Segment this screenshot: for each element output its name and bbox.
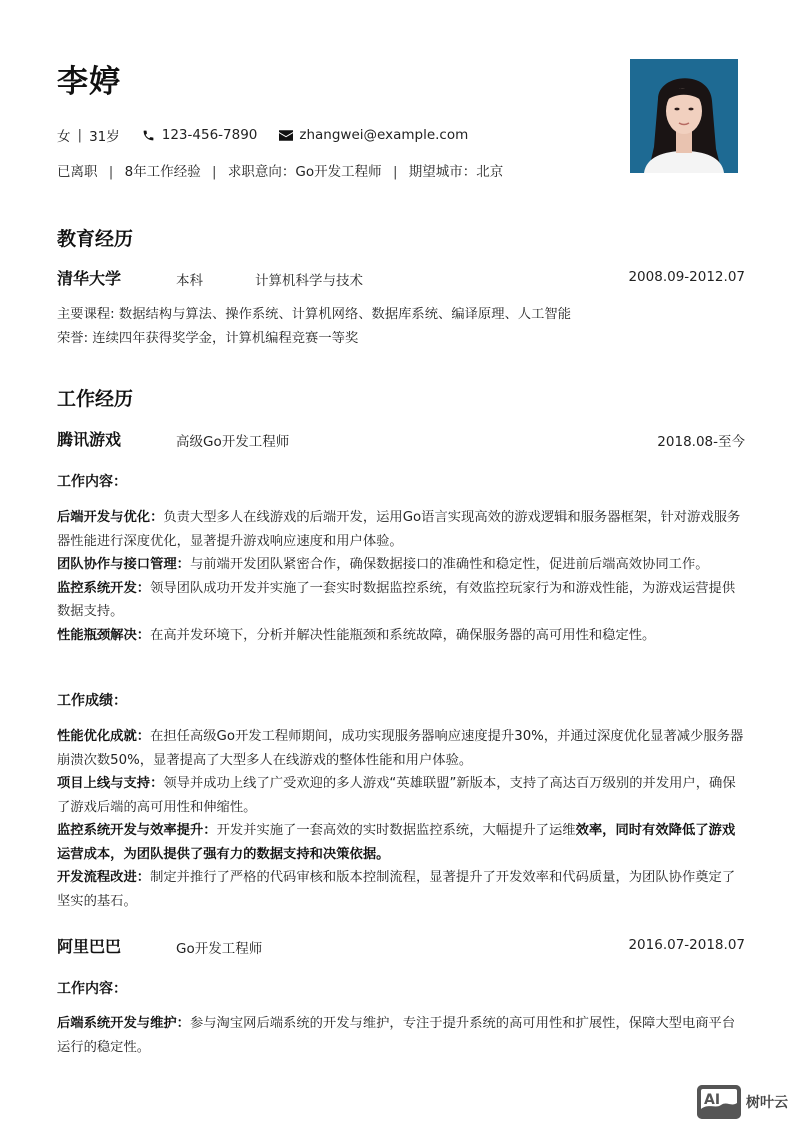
company-name: 阿里巴巴 [57,934,121,957]
education-date: 2008.09-2012.07 [628,269,745,285]
achievement-item: 项目上线与支持：领导并成功上线了广受欢迎的多人游戏“英雄联盟”新版本，支持了高达… [57,772,747,819]
courses: 主要课程: 数据结构与算法、操作系统、计算机网络、数据库系统、编译原理、人工智能 [57,303,747,327]
job-position: Go开发工程师 [176,937,262,957]
work-content-item: 性能瓶颈解决：在高并发环境下，分析并解决性能瓶颈和系统故障，确保服务器的高可用性… [57,624,747,648]
separator: | [78,127,83,143]
work-content-item: 后端系统开发与维护：参与淘宝网后端系统的开发与维护，专注于提升系统的高可用性和扩… [57,1012,747,1059]
education-entry: 清华大学 本科 计算机科学与技术 2008.09-2012.07 [57,266,745,290]
job-position: 高级Go开发工程师 [176,430,289,450]
achievements-title: 工作成绩： [57,690,127,710]
watermark: AI 树叶云 [697,1085,788,1119]
envelope-icon [279,128,293,142]
ai-image-logo-icon: AI [697,1085,741,1119]
achievement-item: 开发流程改进：制定并推行了严格的代码审核和版本控制流程，显著提升了开发效率和代码… [57,866,747,913]
education-section-title: 教育经历 [57,224,133,251]
phone-number: 123-456-7890 [162,127,258,143]
gender: 女 [57,125,71,145]
work-content-item: 监控系统开发：领导团队成功开发并实施了一套实时数据监控系统，有效监控玩家行为和游… [57,577,747,624]
watermark-brand: 树叶云 [746,1092,788,1112]
job-entry-alibaba: 阿里巴巴 Go开发工程师 2016.07-2018.07 [57,934,745,958]
email-address: zhangwei@example.com [299,127,468,143]
work-content-title: 工作内容： [57,471,127,491]
achievements-list: 性能优化成就：在担任高级Go开发工程师期间，成功实现服务器响应速度提升30%，并… [57,725,747,913]
honors: 荣誉: 连续四年获得奖学金，计算机编程竞赛一等奖 [57,327,747,351]
work-section-title: 工作经历 [57,384,133,411]
phone-icon [142,128,156,142]
contact-row: 女 | 31岁 123-456-7890 zhangwei@example.co… [57,125,468,145]
expected-city: 期望城市：北京 [409,164,504,180]
work-content-title: 工作内容： [57,978,127,998]
age: 31岁 [89,125,120,145]
work-content-list: 后端系统开发与维护：参与淘宝网后端系统的开发与维护，专注于提升系统的高可用性和扩… [57,1012,747,1059]
job-intention: 求职意向：Go开发工程师 [228,164,382,180]
education-details: 主要课程: 数据结构与算法、操作系统、计算机网络、数据库系统、编译原理、人工智能… [57,303,747,350]
degree: 本科 [176,269,203,289]
svg-text:AI: AI [704,1092,720,1108]
job-date: 2018.08-至今 [657,430,745,450]
resume-page: 李婷 女 | 31岁 123-456-7890 zhangwei@example… [0,0,800,1132]
work-content-list: 后端开发与优化：负责大型多人在线游戏的后端开发，运用Go语言实现高效的游戏逻辑和… [57,506,747,647]
candidate-name: 李婷 [57,56,121,101]
company-name: 腾讯游戏 [57,427,121,450]
work-content-item: 团队协作与接口管理：与前端开发团队紧密合作，确保数据接口的准确性和稳定性，促进前… [57,553,747,577]
experience-years: 8年工作经验 [125,164,201,180]
job-info-row: 已离职 | 8年工作经验 | 求职意向：Go开发工程师 | 期望城市：北京 [57,160,503,180]
school-name: 清华大学 [57,266,121,289]
major: 计算机科学与技术 [255,269,363,289]
profile-photo [630,59,738,173]
achievement-item: 性能优化成就：在担任高级Go开发工程师期间，成功实现服务器响应速度提升30%，并… [57,725,747,772]
achievement-item: 监控系统开发与效率提升：开发并实施了一套高效的实时数据监控系统，大幅提升了运维效… [57,819,747,866]
work-content-item: 后端开发与优化：负责大型多人在线游戏的后端开发，运用Go语言实现高效的游戏逻辑和… [57,506,747,553]
employment-status: 已离职 [57,164,98,180]
job-entry-tencent: 腾讯游戏 高级Go开发工程师 2018.08-至今 [57,427,745,451]
job-date: 2016.07-2018.07 [628,937,745,953]
